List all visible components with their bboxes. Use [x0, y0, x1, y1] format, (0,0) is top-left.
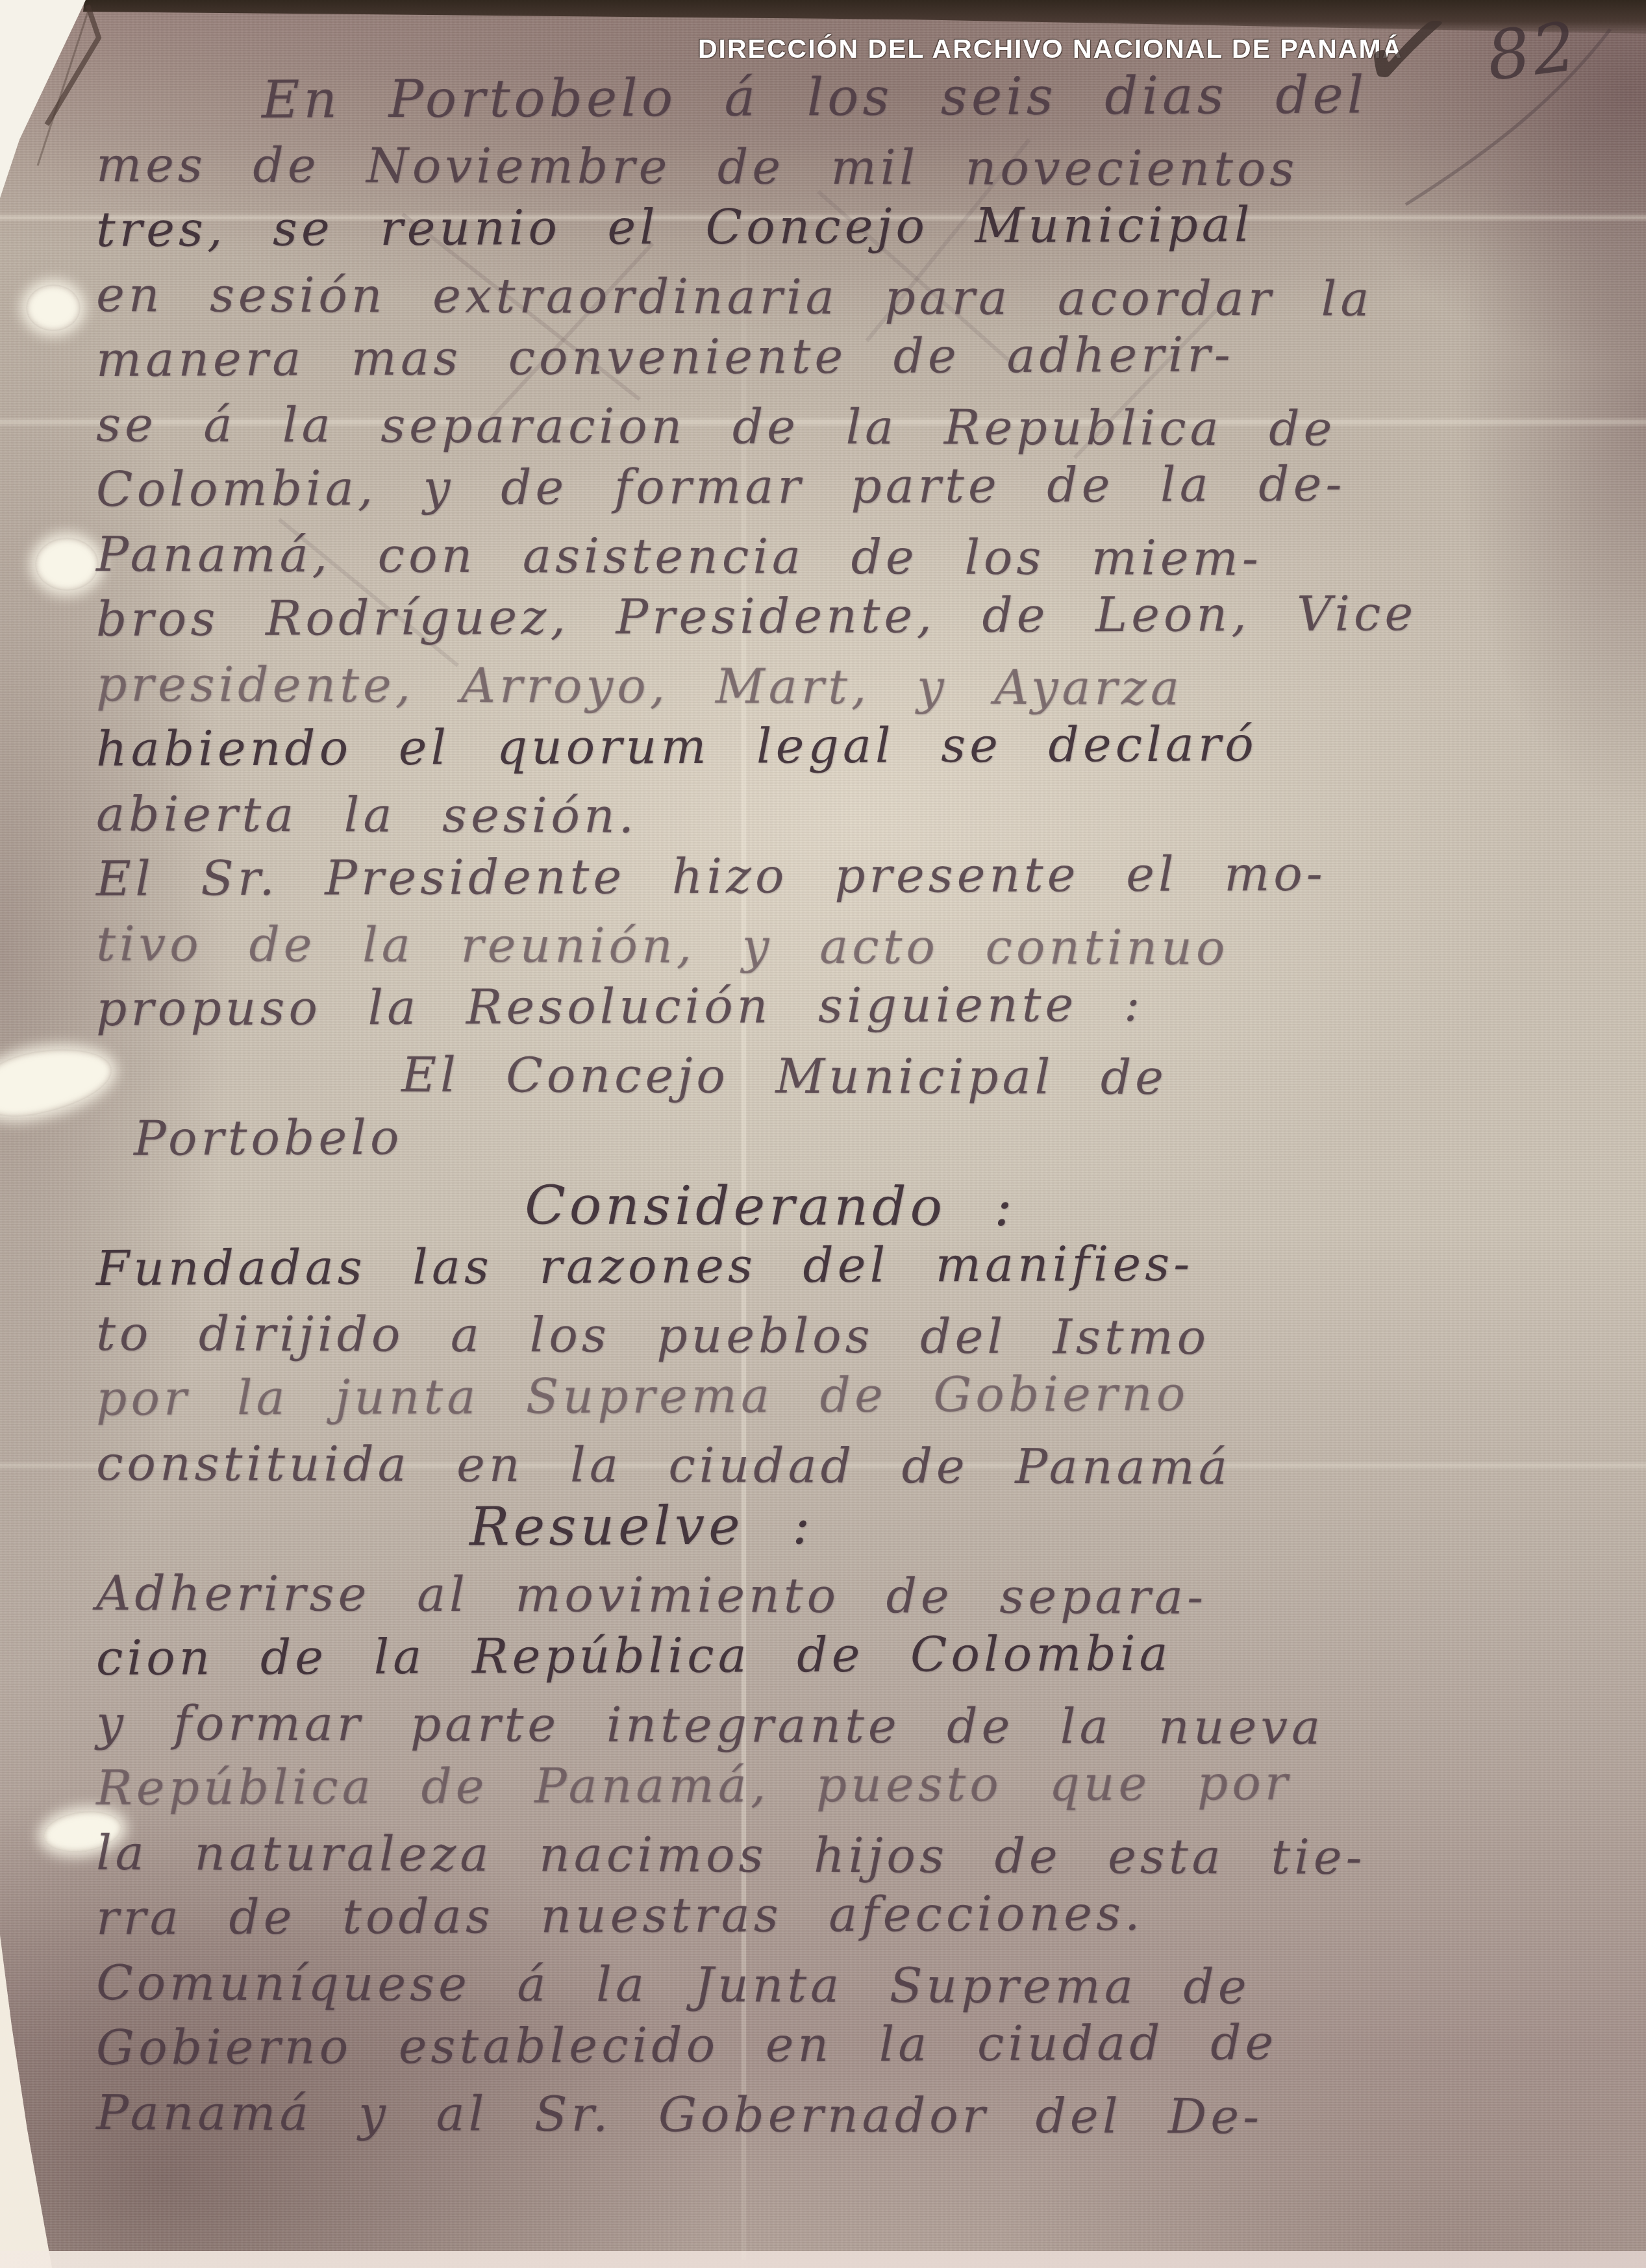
archive-watermark: DIRECCIÓN DEL ARCHIVO NACIONAL DE PANAMÁ	[698, 34, 1347, 64]
manuscript-line: cion de la República de Colombia	[96, 1619, 1646, 1691]
manuscript-line: Colombia, y de formar parte de la de-	[96, 451, 1646, 522]
punch-hole	[35, 538, 99, 591]
manuscript-line: República de Panamá, puesto que por	[96, 1749, 1646, 1821]
manuscript-line: Gobierno establecido en la ciudad de	[96, 2009, 1646, 2080]
punch-hole	[26, 284, 81, 331]
manuscript-line: Panamá y al Sr. Gobernador del De-	[96, 2080, 1646, 2150]
manuscript-line: propuso la Resolución siguiente :	[96, 970, 1646, 1041]
manuscript-text-block: En Portobelo á los seis dias del mes de …	[96, 68, 1646, 2145]
manuscript-line: por la junta Suprema de Gobierno	[96, 1360, 1646, 1431]
manuscript-line: bros Rodríguez, Presidente, de Leon, Vic…	[96, 580, 1646, 652]
manuscript-line: rra de todas nuestras afecciones.	[96, 1879, 1646, 1950]
manuscript-line: Fundadas las razones del manifies-	[96, 1230, 1646, 1301]
manuscript-line: manera mas conveniente de adherir-	[96, 321, 1646, 392]
manuscript-line: tres, se reunio el Concejo Municipal	[96, 191, 1646, 262]
scanned-manuscript-page: DIRECCIÓN DEL ARCHIVO NACIONAL DE PANAMÁ…	[0, 0, 1646, 2268]
scanner-bottom-edge	[0, 2251, 1646, 2268]
manuscript-heading-resuelve: Resuelve :	[96, 1489, 1646, 1561]
manuscript-line: En Portobelo á los seis dias del	[96, 61, 1646, 132]
manuscript-line: habiendo el quorum legal se declaró	[96, 710, 1646, 782]
manuscript-line: Portobelo	[96, 1100, 1646, 1171]
manuscript-line: El Sr. Presidente hizo presente el mo-	[96, 840, 1646, 912]
